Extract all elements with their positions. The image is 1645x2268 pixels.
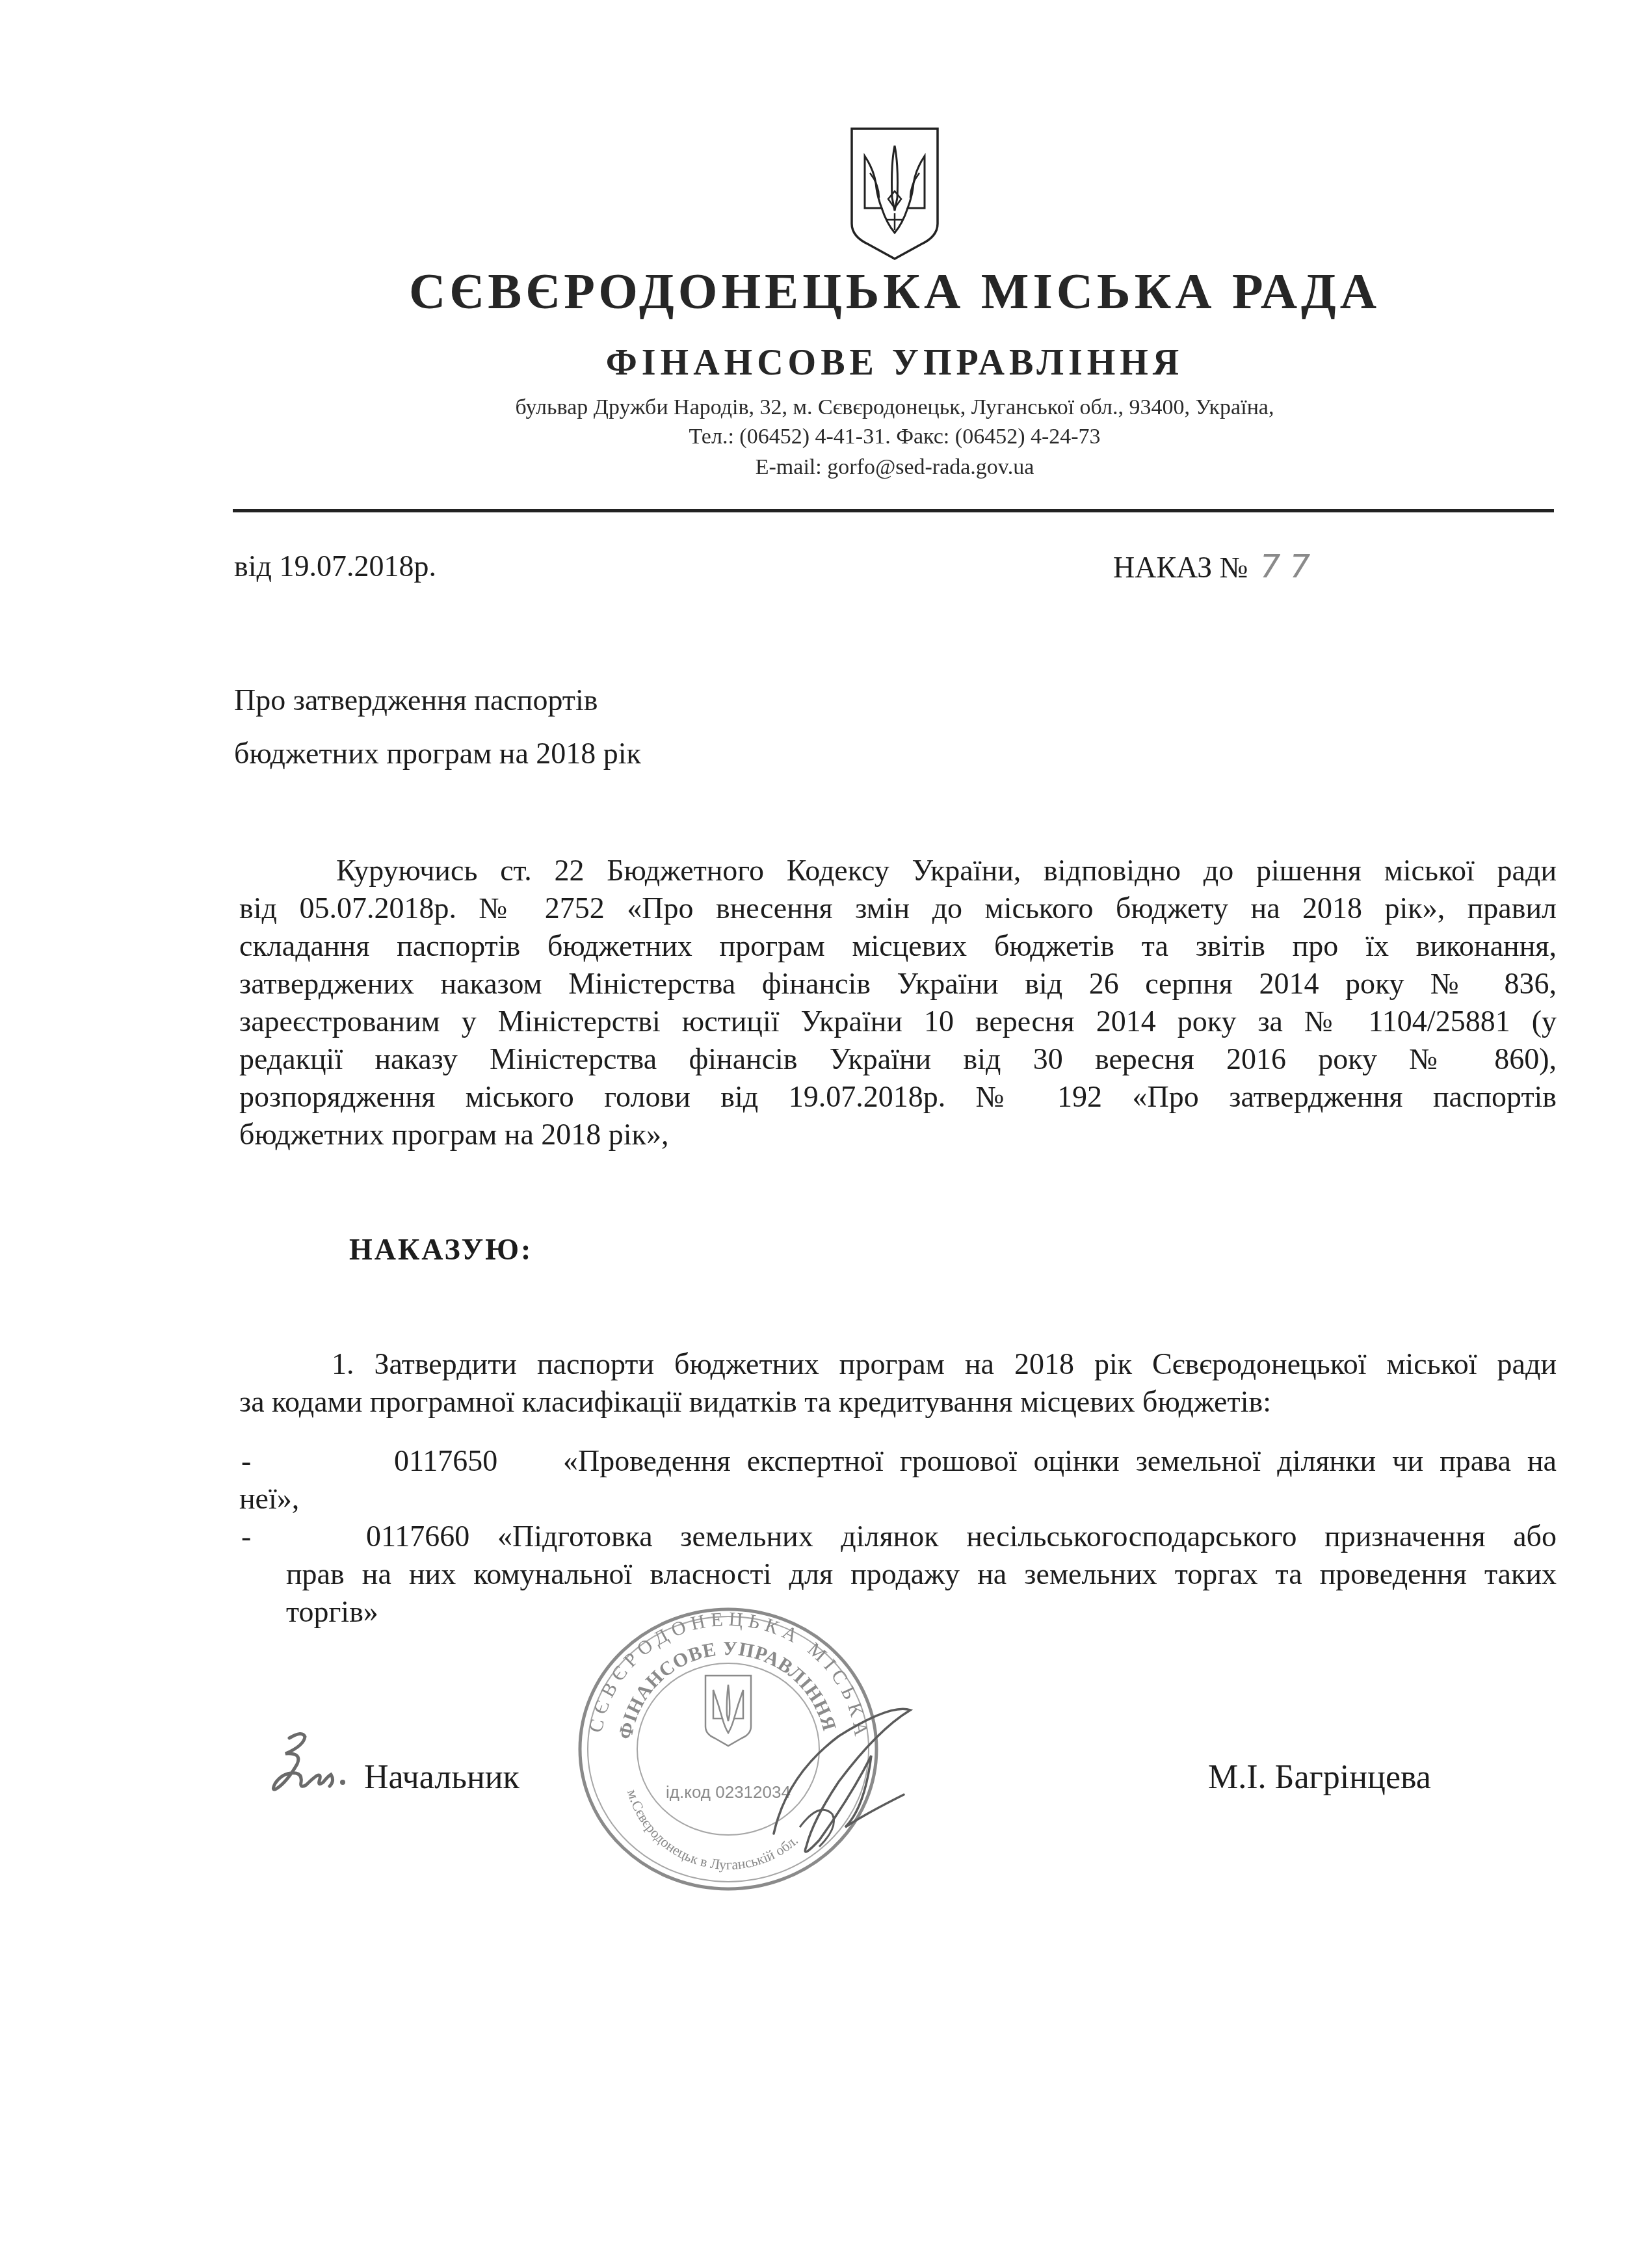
list-dash: -	[241, 1442, 251, 1480]
item-line: за кодами програмної класифікації видатк…	[239, 1383, 1557, 1421]
preamble-line: від 05.07.2018р. № 2752 «Про внесення зм…	[239, 890, 1557, 927]
preamble-line: бюджетних програм на 2018 рік»,	[239, 1116, 1557, 1154]
order-date: від 19.07.2018р.	[234, 547, 436, 585]
preamble-line: редакції наказу Міністерства фінансів Ук…	[239, 1040, 1557, 1078]
program-code: 0117660	[366, 1520, 469, 1553]
program-item: - 0117660 «Підготовка земельних ділянок …	[239, 1518, 1557, 1631]
preamble-line: розпорядження міського голови від 19.07.…	[239, 1078, 1557, 1116]
order-number-handwritten: 77	[1260, 547, 1320, 585]
signatory-position: Начальник	[364, 1759, 520, 1797]
council-name: СЄВЄРОДОНЕЦЬКА МІСЬКА РАДА	[0, 259, 1645, 324]
item-line: 1. Затвердити паспорти бюджетних програм…	[239, 1345, 1557, 1383]
preamble-line: затверджених наказом Міністерства фінанс…	[239, 965, 1557, 1003]
signatory-name: М.І. Багрінцева	[1208, 1759, 1431, 1797]
preamble-paragraph: Куруючись ст. 22 Бюджетного Кодексу Укра…	[239, 852, 1557, 1154]
order-label: НАКАЗ №	[1113, 551, 1248, 584]
program-first-line: 0117660 «Підготовка земельних ділянок не…	[239, 1518, 1557, 1555]
decree-heading: НАКАЗУЮ:	[349, 1231, 533, 1269]
program-code: 0117650	[394, 1444, 497, 1477]
program-line: прав на них комунальної власності для пр…	[239, 1555, 1557, 1593]
program-title: «Проведення експертної грошової оцінки з…	[563, 1444, 1557, 1477]
department-name: ФІНАНСОВЕ УПРАВЛІННЯ	[0, 337, 1645, 389]
program-title: «Підготовка земельних ділянок несільсько…	[497, 1520, 1557, 1553]
handwritten-signature	[761, 1697, 917, 1866]
preamble-line: Куруючись ст. 22 Бюджетного Кодексу Укра…	[239, 852, 1557, 890]
list-dash: -	[241, 1518, 251, 1555]
address: бульвар Дружби Народів, 32, м. Сєвєродон…	[0, 393, 1645, 422]
coat-of-arms-icon	[849, 126, 940, 261]
program-line: неї»,	[239, 1480, 1557, 1518]
header-divider	[233, 509, 1554, 512]
preamble-line: зареєстрованим у Міністерстві юстиції Ук…	[239, 1003, 1557, 1040]
program-line: торгів»	[239, 1593, 1557, 1631]
subject-line-1: Про затвердження паспортів	[234, 681, 598, 719]
program-item: - 0117650 «Проведення експертної грошово…	[239, 1442, 1557, 1518]
handwritten-initials	[263, 1726, 348, 1798]
phone-fax: Тел.: (06452) 4-41-31. Факс: (06452) 4-2…	[0, 423, 1645, 451]
order-number-block: НАКАЗ №77	[1113, 547, 1319, 587]
program-first-line: 0117650 «Проведення експертної грошової …	[239, 1442, 1557, 1480]
preamble-line: складання паспортів бюджетних програм мі…	[239, 927, 1557, 965]
subject-line-2: бюджетних програм на 2018 рік	[234, 735, 641, 772]
email: E-mail: gorfo@sed-rada.gov.ua	[0, 453, 1645, 482]
decree-item-1: 1. Затвердити паспорти бюджетних програм…	[239, 1345, 1557, 1421]
